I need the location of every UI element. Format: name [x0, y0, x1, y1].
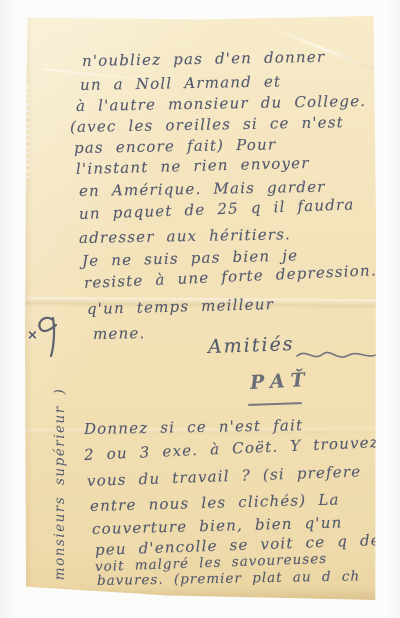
edge-shadow-left — [25, 16, 33, 600]
handwriting-line: entre nous les clichés) La — [90, 490, 340, 515]
handwriting-line: un paquet de 25 q il faudra — [79, 195, 355, 223]
signature-underline — [248, 402, 302, 406]
handwriting-line: pas encore fait) Pour — [74, 135, 277, 157]
margin-paraph-icon — [35, 316, 61, 358]
handwriting-line: bavures. (premier plat au d ch — [97, 568, 360, 589]
deckle-edge-left — [25, 86, 29, 181]
handwriting-line: n'oubliez pas d'en donner — [82, 48, 326, 70]
edge-shadow-bottom — [25, 587, 376, 600]
handwriting-line: l'instant ne rien envoyer — [76, 154, 310, 178]
handwriting-line: 2 ou 3 exe. à Coët. Y trouvez — [84, 433, 380, 464]
handwriting-line: à l'autre monsieur du College. — [76, 92, 367, 115]
handwriting-line: (avec les oreilles si ce n'est — [70, 113, 344, 136]
margin-note-vertical: monsieurs supérieur ) — [52, 374, 72, 594]
closing-salutation: Amitiés — [208, 333, 295, 358]
closing-flourish — [297, 346, 379, 366]
letter-scan: n'oubliez pas d'en donner un a Noll Arma… — [0, 0, 400, 618]
signature: PAŤ — [249, 369, 312, 394]
letter-paper: n'oubliez pas d'en donner un a Noll Arma… — [25, 16, 376, 600]
handwriting-line: vous du travail ? (si prefere — [87, 462, 362, 490]
handwriting-line: q'un temps meilleur — [87, 295, 274, 318]
handwriting-line: adresser aux héritiers. — [79, 225, 291, 247]
handwriting-line: Donnez si ce n'est fait — [84, 416, 304, 438]
handwriting-line: un a Noll Armand et — [80, 72, 282, 94]
handwriting-line: mene. — [93, 324, 146, 343]
